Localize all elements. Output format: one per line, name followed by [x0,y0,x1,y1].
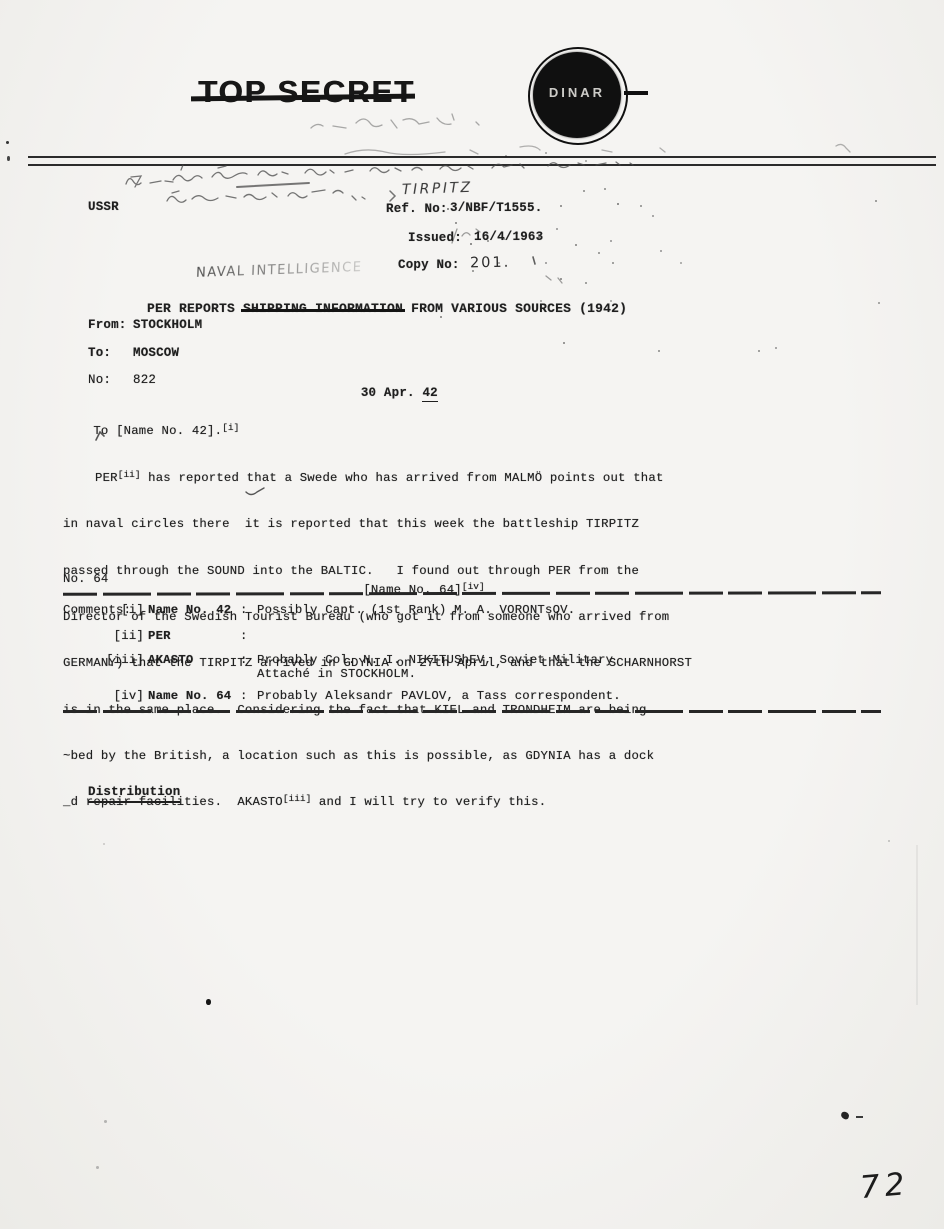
comment-num: [ii] [104,629,144,643]
smudge-marks [311,114,479,128]
comment-num: [iv] [104,689,144,703]
body-line: in naval circles there it is reported th… [63,517,743,532]
date-prefix: 30 Apr. [361,386,423,400]
no-value: 822 [133,373,156,387]
comment-term: Name No. 64 [148,689,231,703]
distribution-heading: Distribution [88,785,180,803]
scanned-document-page: TOP SECRET DINAR [0,0,944,1229]
handwritten-tirpitz-note: TIRPITZ [402,180,473,198]
comment-colon: : [240,629,248,643]
comment-term: AKASTO [148,653,193,667]
salutation-text: To [Name No. 42]. [93,424,222,438]
dashed-rule-bottom [63,710,881,713]
from-value: STOCKHOLM [133,318,202,332]
ink-mark [856,1116,863,1118]
scan-streak [916,845,918,1005]
comment-term: PER [148,629,171,643]
salutation-ref: [i] [222,422,239,433]
body-line: PER[ii] has reported that a Swede who ha… [63,471,743,486]
body-line: ~bed by the British, a location such as … [63,749,743,764]
title-pre: PER REPORTS [147,301,243,316]
page-number-handwritten: 72 [859,1166,911,1206]
issued-value: 16/4/1963 [474,230,543,244]
date-year-underlined: 42 [422,386,437,402]
title-post: FROM VARIOUS SOURCES (1942) [403,301,627,316]
date-field: 30 Apr. 42 [330,372,438,414]
from-label: From: [88,318,127,332]
pen-tick [546,276,562,283]
comment-def-line2: Attaché in STOCKHOLM. [257,667,416,681]
ref-no-label: Ref. No: [386,202,448,216]
copy-no-label: Copy No: [398,258,460,272]
country-label: USSR [88,200,119,214]
name-note-ref: [iv] [462,581,485,592]
to-label: To: [88,346,111,360]
number-note: No. 64 [63,572,108,586]
comment-colon: : [240,603,248,617]
title-struck-text: SHIPPING INFORMATION [243,301,403,316]
pencil-note-line2 [167,190,395,202]
pen-tick [533,257,535,264]
comment-def: Probably Col. N. I. NIKITUShEV, Soviet M… [257,653,613,667]
comment-colon: : [240,689,248,703]
pencil-underline [237,183,309,187]
rule-smudge [345,144,850,154]
copy-no-value: 201. [470,255,511,272]
comment-num: [iii] [104,653,144,667]
to-value: MOSCOW [133,346,179,360]
ink-dot [206,999,211,1005]
comment-def: Probably Aleksandr PAVLOV, a Tass corres… [257,689,621,703]
ink-dot [104,1120,107,1123]
comment-term: Name No. 42 [148,603,231,617]
ink-mark [840,1111,850,1120]
comment-colon: : [240,653,248,667]
ref-no-value: 3/NBF/T1555. [450,201,542,215]
comment-num: [i] [104,603,144,617]
no-label: No: [88,373,111,387]
comment-def: Possibly Capt. (1st Rank) M. A. VORONTsO… [257,603,575,617]
pencil-note-line1 [126,162,633,187]
issued-label: Issued: [408,231,462,245]
ink-dot [96,1166,99,1169]
scan-noise [0,0,2,2]
